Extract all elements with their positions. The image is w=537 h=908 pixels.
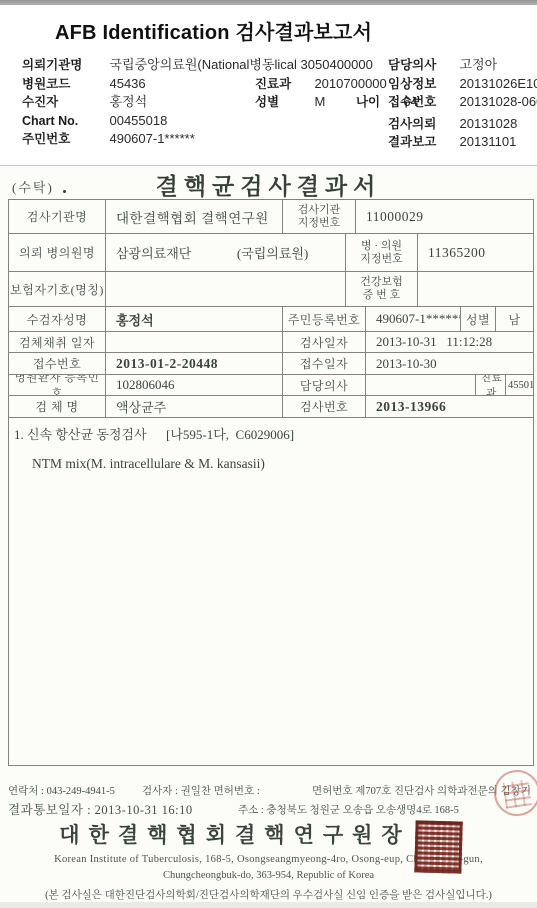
footer-organization: 대한결핵협회결핵연구원장	[0, 819, 470, 849]
round-red-seal-icon	[491, 767, 537, 819]
cell-examinee-value: 홍정석	[106, 307, 283, 332]
cell-hospital-patient-no-label: 병원환자 등록번호	[9, 375, 106, 396]
report-page: AFB Identification 검사결과보고서 의뢰기관명 국립중앙의료원…	[0, 0, 537, 908]
cell-test-no-value: 2013-13966	[366, 396, 534, 418]
value-patient-name: 홍정석	[99, 93, 251, 112]
value-clinical-info: 20131026E10004	[449, 76, 537, 91]
cell-doctor-label: 담당의사	[283, 375, 366, 396]
cell-specimen-value: 액상균주	[106, 396, 283, 418]
info-row-accession-no: 접수번호 20131028-06046	[388, 93, 537, 112]
value-institution: 국립중앙의료원(National병동lical 3050400000	[99, 57, 372, 72]
table-row: 검체채취 일자 검사일자 2013-10-31 11:12:28	[9, 332, 534, 353]
table-row: 수검자성명 홍정석 주민등록번호 490607-1****** 성별 남	[9, 307, 534, 332]
info-row-request-date: 검사의뢰 20131028	[388, 115, 537, 134]
value-resident-no: 490607-1******	[99, 131, 194, 146]
label-hospital-code: 병원코드	[22, 75, 96, 94]
value-department: 2010700000	[304, 76, 386, 91]
label-sex: 성별	[255, 93, 301, 112]
cell-examinee-label: 수검자성명	[9, 307, 106, 332]
info-row-patient: 수진자 홍정석 성별 M 나이 64	[22, 93, 382, 112]
label-doctor: 담당의사	[388, 56, 446, 75]
cell-hospital-patient-no-value: 102806046	[106, 375, 283, 396]
cell-clinic-no-label: 병 · 의원 지정번호	[346, 234, 418, 272]
label-age: 나이	[356, 93, 390, 112]
cell-test-date-value: 2013-10-31 11:12:28	[366, 332, 534, 353]
info-row-institution: 의뢰기관명 국립중앙의료원(National병동lical 3050400000	[22, 56, 382, 75]
value-chart-no: 00455018	[99, 113, 167, 128]
value-accession-no: 20131028-06046	[449, 94, 537, 109]
footer-contact: 연락처 : 043-249-4941-5	[8, 783, 115, 798]
footer-report-date: 결과통보일자 : 2013-10-31 16:10	[8, 800, 193, 818]
cell-test-org-label: 검사기관명	[9, 200, 106, 234]
table-row: 접수번호 2013-01-2-20448 접수일자 2013-10-30	[9, 353, 534, 375]
cell-sex-label: 성별	[461, 307, 496, 332]
cell-insurer-value	[106, 272, 346, 307]
patient-info-right: 담당의사 고정아 임상정보 20131026E10004 접수번호 201310…	[388, 56, 537, 152]
cell-test-no-label: 검사번호	[283, 396, 366, 418]
footer-address: 주소 : 충청북도 청원군 오송읍 오송생명4로 168-5	[238, 802, 459, 817]
label-clinical-info: 임상정보	[388, 75, 446, 94]
info-row-resident-no: 주민번호 490607-1******	[22, 130, 382, 149]
page-title: AFB Identification 검사결과보고서	[55, 16, 372, 45]
info-row-doctor: 담당의사 고정아	[388, 56, 537, 75]
result-test-name: 1. 신속 항산균 동정검사 [나595-1다, C6029006]	[14, 424, 533, 443]
label-report-date: 결과보고	[388, 133, 446, 152]
cell-collect-date-value	[106, 332, 283, 353]
table-row: 보험자기호(명칭) 건강보험 증 번 호	[9, 272, 534, 307]
label-patient-name: 수진자	[22, 93, 96, 112]
cell-receipt-no-value: 2013-01-2-20448	[106, 353, 283, 375]
value-doctor: 고정아	[449, 57, 497, 72]
scan-edge-strip	[0, 902, 537, 908]
cell-ref-clinic-label: 의뢰 병의원명	[9, 234, 106, 272]
label-resident-no: 주민번호	[22, 130, 96, 149]
table-row: 검 체 명 액상균주 검사번호 2013-13966	[9, 396, 534, 418]
result-value: NTM mix(M. intracellulare & M. kansasii)	[32, 456, 533, 472]
table-row: 의뢰 병의원명 삼광의료재단 (국립의료원) 병 · 의원 지정번호 11365…	[9, 234, 534, 272]
square-red-stamp-icon	[414, 820, 462, 873]
cell-ref-clinic-value: 삼광의료재단 (국립의료원)	[106, 234, 346, 272]
info-row-clinical-info: 임상정보 20131026E10004	[388, 75, 537, 94]
cell-insurance-no-value	[418, 272, 534, 307]
cell-test-org-no-value: 11000029	[356, 200, 534, 234]
label-chart-no: Chart No.	[22, 112, 96, 131]
value-report-date: 20131101	[449, 134, 516, 149]
window-top-bar	[0, 0, 537, 5]
value-request-date: 20131028	[449, 116, 517, 131]
info-row-report-date: 결과보고 20131101	[388, 133, 537, 152]
cell-receipt-no-label: 접수번호	[9, 353, 106, 375]
cell-rrn-value: 490607-1******	[366, 307, 461, 332]
cell-dept-value: 455018	[506, 375, 534, 396]
cell-doctor-value	[366, 375, 476, 396]
cell-specimen-label: 검 체 명	[9, 396, 106, 418]
cell-insurer-label: 보험자기호(명칭)	[9, 272, 106, 307]
cell-receipt-date-label: 접수일자	[283, 353, 366, 375]
cell-dept-label: 진료과	[476, 375, 506, 396]
cell-rrn-label: 주민등록번호	[283, 307, 366, 332]
footer-accreditation-notice: (본 검사실은 대한진단검사의학회/진단검사의학재단의 우수검사실 신임 인증을…	[0, 887, 537, 902]
value-hospital-code: 45436	[99, 75, 251, 94]
cell-test-org-value: 대한결핵협회 결핵연구원	[106, 200, 283, 234]
value-sex: M	[304, 93, 352, 112]
form-title: 결핵균검사결과서	[0, 168, 537, 201]
label-institution: 의뢰기관명	[22, 56, 96, 75]
table-row: 검사기관명 대한결핵협회 결핵연구원 검사기관 지정번호 11000029	[9, 200, 534, 234]
patient-info-left: 의뢰기관명 국립중앙의료원(National병동lical 3050400000…	[22, 56, 382, 149]
info-row-chart-no: Chart No. 00455018	[22, 112, 382, 131]
scanned-form: (수탁) 결핵균검사결과서 검사기관명 대한결핵협회 결핵연구원 검사기관 지정…	[0, 165, 537, 908]
info-row-hospital-code: 병원코드 45436 진료과 2010700000	[22, 75, 382, 94]
result-box: 1. 신속 항산균 동정검사 [나595-1다, C6029006] NTM m…	[8, 417, 534, 766]
result-form-table: 검사기관명 대한결핵협회 결핵연구원 검사기관 지정번호 11000029 의뢰…	[8, 199, 534, 418]
label-accession-no: 접수번호	[388, 93, 446, 112]
cell-collect-date-label: 검체채취 일자	[9, 332, 106, 353]
cell-test-org-no-label: 검사기관 지정번호	[283, 200, 356, 234]
cell-receipt-date-value: 2013-10-30	[366, 353, 534, 375]
table-row: 병원환자 등록번호 102806046 담당의사 진료과 455018	[9, 375, 534, 396]
cell-insurance-no-label: 건강보험 증 번 호	[346, 272, 418, 307]
cell-test-date-label: 검사일자	[283, 332, 366, 353]
label-department: 진료과	[255, 75, 301, 94]
cell-clinic-no-value: 11365200	[418, 234, 534, 272]
footer-examiner: 검사자 : 권일찬 면허번호 :	[142, 783, 260, 798]
cell-sex-value: 남	[496, 307, 534, 332]
label-request-date: 검사의뢰	[388, 115, 446, 134]
